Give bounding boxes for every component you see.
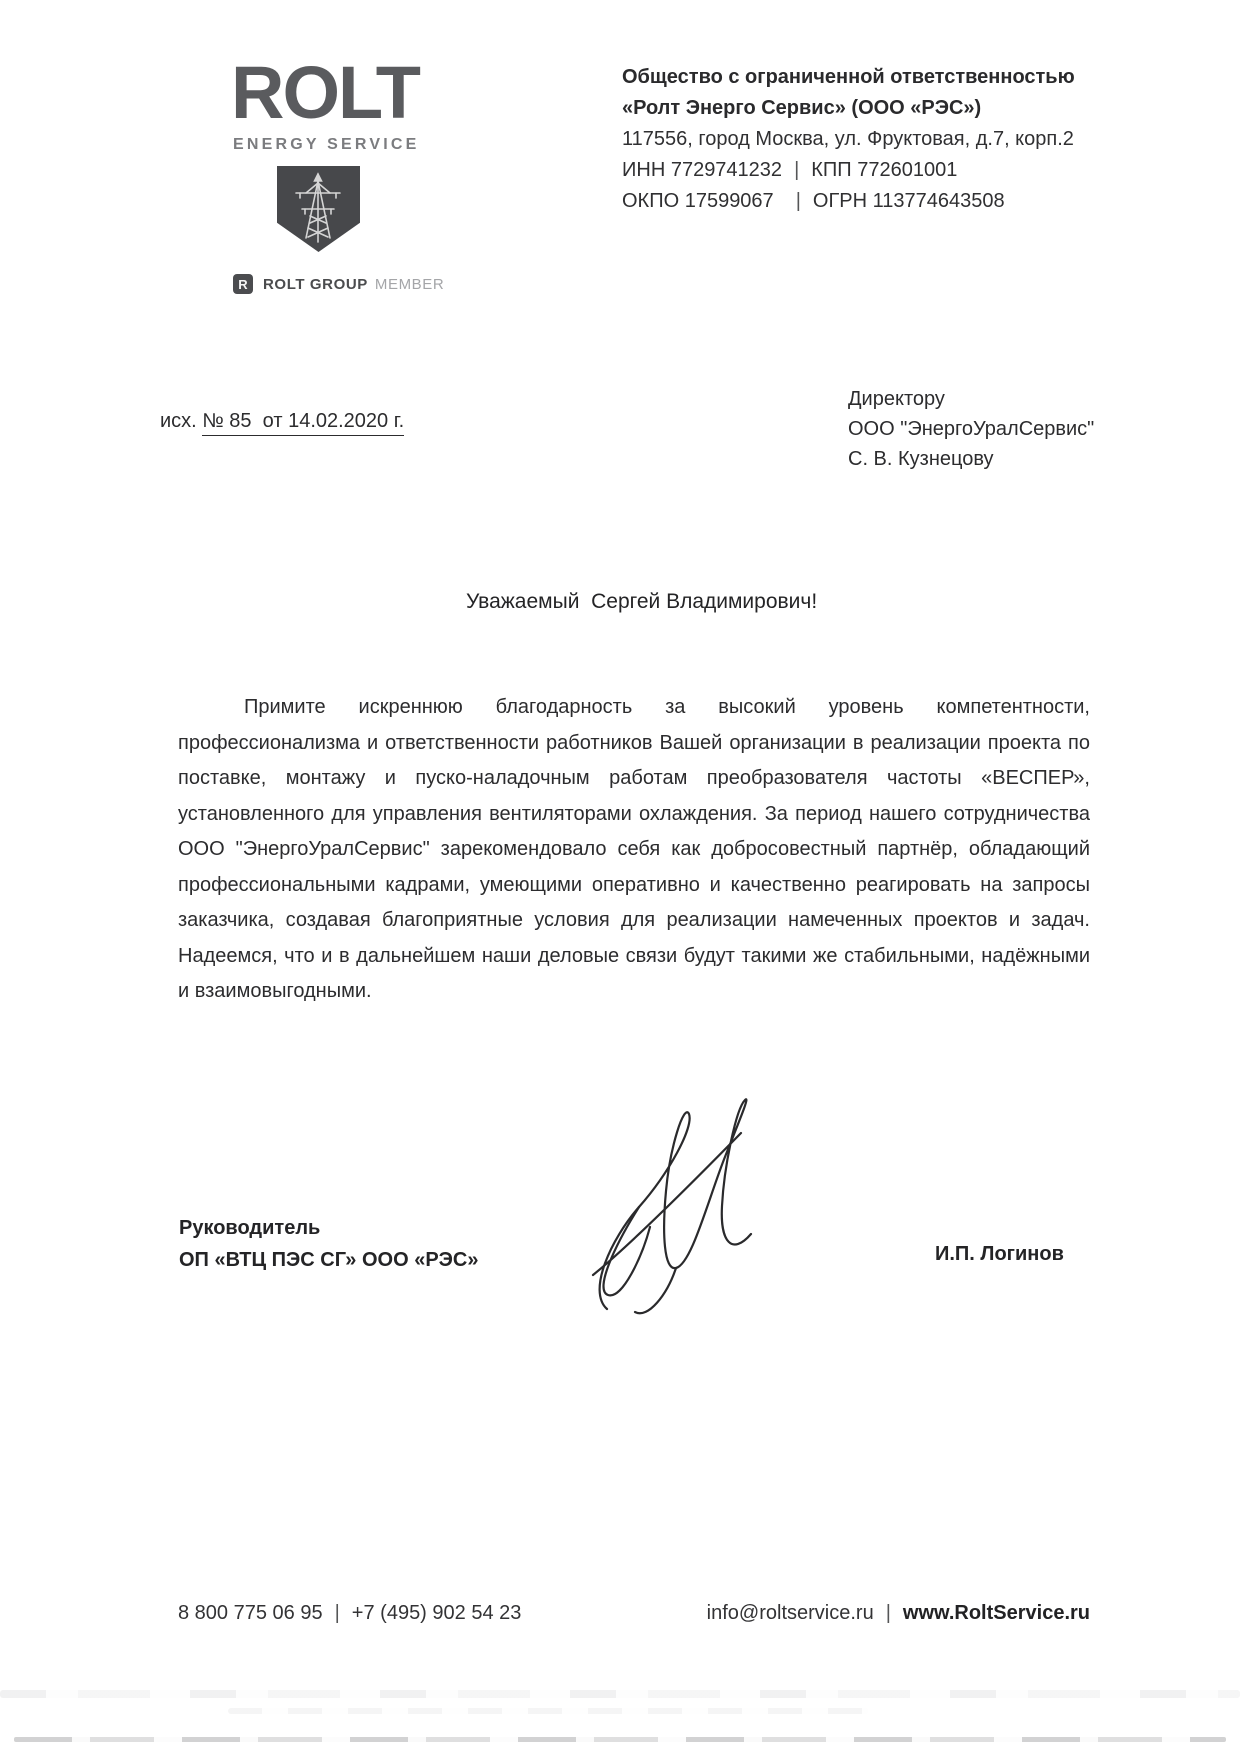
signer-name: И.П. Логинов [935,1243,1064,1266]
recipient-person: С. В. Кузнецову [848,444,1094,474]
footer-email: info@roltservice.ru [707,1602,874,1624]
company-name: «Ролт Энерго Сервис» (ООО «РЭС») [622,93,1075,124]
recipient-block: Директору ООО "ЭнергоУралСервис" С. В. К… [848,384,1094,474]
footer-contacts: info@roltservice.ru|www.RoltService.ru [707,1602,1090,1625]
footer-phone-city: +7 (495) 902 54 23 [352,1602,522,1624]
company-details: Общество с ограниченной ответственностью… [622,62,1075,217]
inn-value: ИНН 7729741232 [622,159,782,181]
logo-wordmark: ROLT [231,56,419,130]
scan-noise-streak [228,1708,868,1714]
footer-phones: 8 800 775 06 95|+7 (495) 902 54 23 [178,1602,521,1625]
footer-website: www.RoltService.ru [903,1602,1090,1624]
handwritten-signature [545,1085,845,1315]
separator: | [782,159,811,181]
scan-edge-line [14,1737,1226,1742]
separator: | [874,1602,903,1624]
signer-title: Руководитель ОП «ВТЦ ПЭС СГ» ООО «РЭС» [179,1212,478,1276]
member-text-bold: ROLT GROUP [263,276,368,293]
reference-number-date: № 85 от 14.02.2020 г. [202,410,404,436]
salutation: Уважаемый Сергей Владимирович! [466,590,817,614]
company-legal-form: Общество с ограниченной ответственностью [622,62,1075,93]
transmission-tower-shield-icon [277,166,360,252]
company-okpo-ogrn: ОКПО 17599067|ОГРН 113774643508 [622,186,1075,217]
transmission-tower-drawing [286,170,350,246]
okpo-value: ОКПО 17599067 [622,190,774,212]
footer-phone-hotline: 8 800 775 06 95 [178,1602,323,1624]
outgoing-reference-line: исх. № 85 от 14.02.2020 г. [160,410,404,433]
recipient-company: ООО "ЭнергоУралСервис" [848,414,1094,444]
signer-title-line2: ОП «ВТЦ ПЭС СГ» ООО «РЭС» [179,1244,478,1276]
company-inn-kpp: ИНН 7729741232|КПП 772601001 [622,155,1075,186]
signer-title-line1: Руководитель [179,1212,478,1244]
kpp-value: КПП 772601001 [811,159,957,181]
separator: | [774,190,813,212]
scan-noise-streak [0,1690,1240,1698]
logo-subtitle: ENERGY SERVICE [233,136,419,154]
reference-prefix: исх. [160,410,202,432]
group-member-line: R ROLT GROUP MEMBER [233,274,444,294]
recipient-position: Директору [848,384,1094,414]
member-text-light: MEMBER [375,276,444,293]
company-address: 117556, город Москва, ул. Фруктовая, д.7… [622,124,1075,155]
letter-body-paragraph: Примите искреннюю благодарность за высок… [178,690,1090,1010]
rolt-group-badge-icon: R [233,274,253,294]
scanned-letter-page: ROLT ENERGY SERVICE R ROLT GROUP MEMBER … [0,0,1240,1754]
ogrn-value: ОГРН 113774643508 [813,190,1005,212]
separator: | [323,1602,352,1624]
